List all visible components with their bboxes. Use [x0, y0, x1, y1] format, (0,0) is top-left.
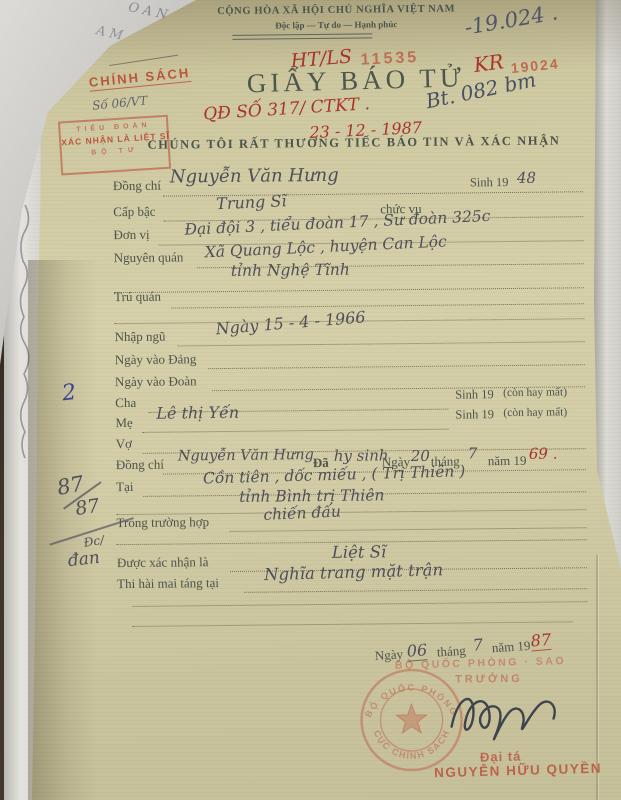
label-con-hay-mat-cha: (còn hay mất) — [503, 386, 567, 399]
margin-mark-dan: đan — [67, 548, 101, 572]
value-burial-place: Nghĩa trang mặt trận — [264, 560, 444, 584]
label-tru-quan: Trú quán — [114, 289, 161, 305]
label-nam19: năm 19 — [488, 453, 527, 469]
value-native-place-1: Xã Quang Lộc , huyện Can Lộc — [204, 232, 447, 261]
label-sinh: Sinh 19 — [470, 175, 509, 190]
label-truong-hop: Trong trường hợp — [116, 514, 209, 531]
label-vo: Vợ — [116, 436, 132, 452]
label-ngay-vao-doan: Ngày vào Đoàn — [115, 373, 197, 390]
value-status: Liệt Sĩ — [332, 542, 387, 562]
document-title: GIẤY BÁO TỬ — [246, 63, 427, 99]
intro-line: CHÚNG TÔI RẤT THƯƠNG TIẾC BÁO TIN VÀ XÁC… — [147, 133, 560, 152]
label-mai-tang: Thi hài mai táng tại — [117, 575, 219, 592]
label-dong-chi-2: Đồng chí — [116, 457, 164, 474]
label-me: Mẹ — [115, 415, 133, 431]
footer-month: 7 — [472, 635, 484, 655]
value-death-month: 7 — [468, 444, 478, 462]
label-ngay-vao-dang: Ngày vào Đảng — [115, 351, 197, 368]
motto: Độc lập — Tự do — Hạnh phúc — [226, 19, 446, 31]
pencil-line — [109, 55, 178, 66]
dotted-line — [244, 587, 587, 593]
value-mother-name: Lê thị Yến — [156, 403, 239, 423]
footer-nam19: năm 19 — [491, 638, 531, 656]
dotted-line — [132, 600, 587, 607]
so-ct-note: Số 06/VT — [92, 93, 148, 112]
label-don-vi: Đơn vị — [113, 227, 149, 243]
label-cha: Cha — [115, 395, 136, 411]
value-death-year: 69 . — [529, 445, 558, 463]
dotted-line — [133, 620, 573, 627]
label-dong-chi: Đồng chí — [113, 178, 161, 195]
label-nguyen-quan: Nguyên quán — [114, 249, 184, 266]
value-rank: Trung Sĩ — [216, 191, 287, 213]
dotted-line — [143, 428, 449, 433]
chinh-sach-stamp: CHÍNH SÁCH — [88, 65, 191, 92]
value-death-place-1: Cồn tiên , dốc miếu , ( Trị Thiên ) — [203, 462, 466, 487]
dotted-line — [171, 302, 584, 308]
value-birth-year: 48 — [517, 169, 536, 187]
label-xac-nhan: Được xác nhận là — [117, 554, 209, 571]
photo-of-death-notice-document: CỘNG HÒA XÃ HỘI CHỦ NGHĨA VIỆT NAM Độc l… — [0, 0, 621, 800]
label-sinh19-me: Sinh 19 — [455, 407, 494, 422]
dotted-line — [230, 526, 587, 532]
dotted-line — [178, 340, 585, 346]
dotted-line — [114, 286, 584, 293]
margin-mark-87b: 87 — [74, 495, 101, 520]
republic-heading: CỘNG HÒA XÃ HỘI CHỦ NGHĨA VIỆT NAM — [176, 3, 496, 17]
value-name: Nguyễn Văn Hưng — [170, 165, 339, 188]
value-circumstance: chiến đấu — [263, 502, 341, 523]
motto-double-rule — [232, 33, 372, 39]
value-native-place-2: tỉnh Nghệ Tĩnh — [231, 261, 350, 280]
margin-mark-2: 2 — [61, 380, 78, 406]
dotted-line — [208, 363, 585, 369]
label-tai: Tại — [116, 479, 133, 495]
footer-year: 87 — [530, 630, 552, 652]
seal-star-icon — [396, 704, 427, 733]
label-nhap-ngu: Nhập ngũ — [114, 329, 165, 346]
value-enlist-date: Ngày 15 - 4 - 1966 — [215, 307, 366, 338]
label-cap-bac: Cấp bậc — [113, 204, 155, 220]
label-sinh19-cha: Sinh 19 — [455, 387, 494, 402]
signature-ink — [443, 677, 574, 748]
value-hy-sinh: hy sinh — [334, 446, 389, 465]
decision-number: QĐ SỐ 317/ CTKT . — [203, 94, 371, 124]
label-con-hay-mat-me: (còn hay mất) — [503, 406, 567, 419]
value-name-2: Nguyễn Văn Hưng — [178, 447, 314, 464]
